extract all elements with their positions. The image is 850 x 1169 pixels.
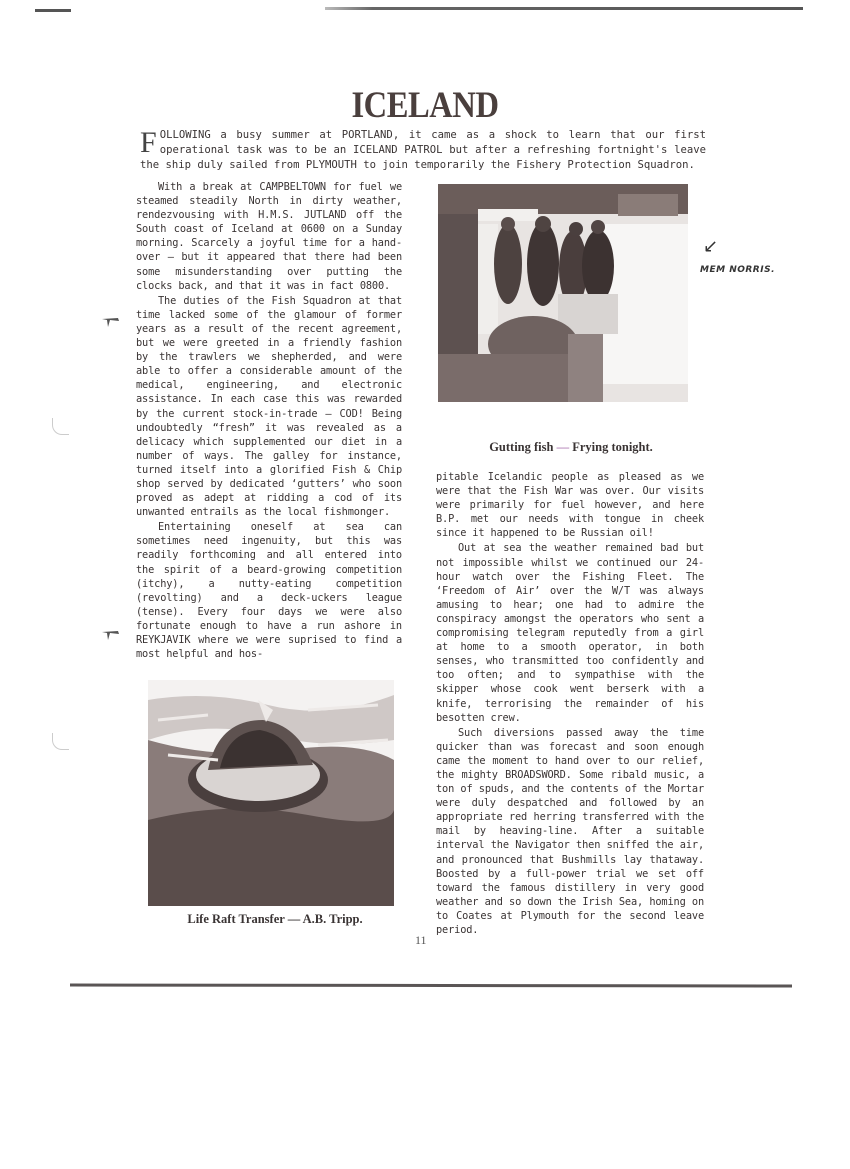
handwritten-arrow-icon: ↙ [703,236,718,257]
paragraph: The duties of the Fish Squadron at that … [136,294,402,520]
column-left: With a break at CAMPBELTOWN for fuel we … [136,180,402,661]
caption-life-raft: Life Raft Transfer — A.B. Tripp. [140,912,410,927]
page-number: 11 [415,933,427,948]
punch-hole-mark [52,733,69,750]
intro-paragraph: F OLLOWING a busy summer at PORTLAND, it… [140,128,706,173]
caption-dash: — [557,440,570,454]
paragraph: Such diversions passed away the time qui… [436,726,704,937]
caption-text: Gutting fish [489,440,553,454]
top-left-rule [35,9,71,12]
margin-mark-icon [102,315,120,327]
page-title: ICELAND [51,84,799,127]
handwritten-note: MEM NORRIS. [700,265,775,275]
margin-mark-icon [102,628,120,640]
punch-hole-mark [52,418,69,435]
bottom-rule [70,983,792,987]
column-right: pitable Icelandic people as pleased as w… [436,470,704,937]
paragraph: Entertaining oneself at sea can sometime… [136,520,402,661]
paragraph: Out at sea the weather remained bad but … [436,541,704,724]
photo-life-raft [148,680,394,906]
paragraph: pitable Icelandic people as pleased as w… [436,470,704,540]
top-right-rule [325,7,803,10]
photo-gutting-fish [438,184,688,402]
drop-cap: F [140,130,157,156]
caption-gutting-fish: Gutting fish — Frying tonight. [436,440,706,455]
intro-text: OLLOWING a busy summer at PORTLAND, it c… [140,128,706,173]
caption-text: Frying tonight. [572,440,653,454]
paragraph: With a break at CAMPBELTOWN for fuel we … [136,180,402,293]
